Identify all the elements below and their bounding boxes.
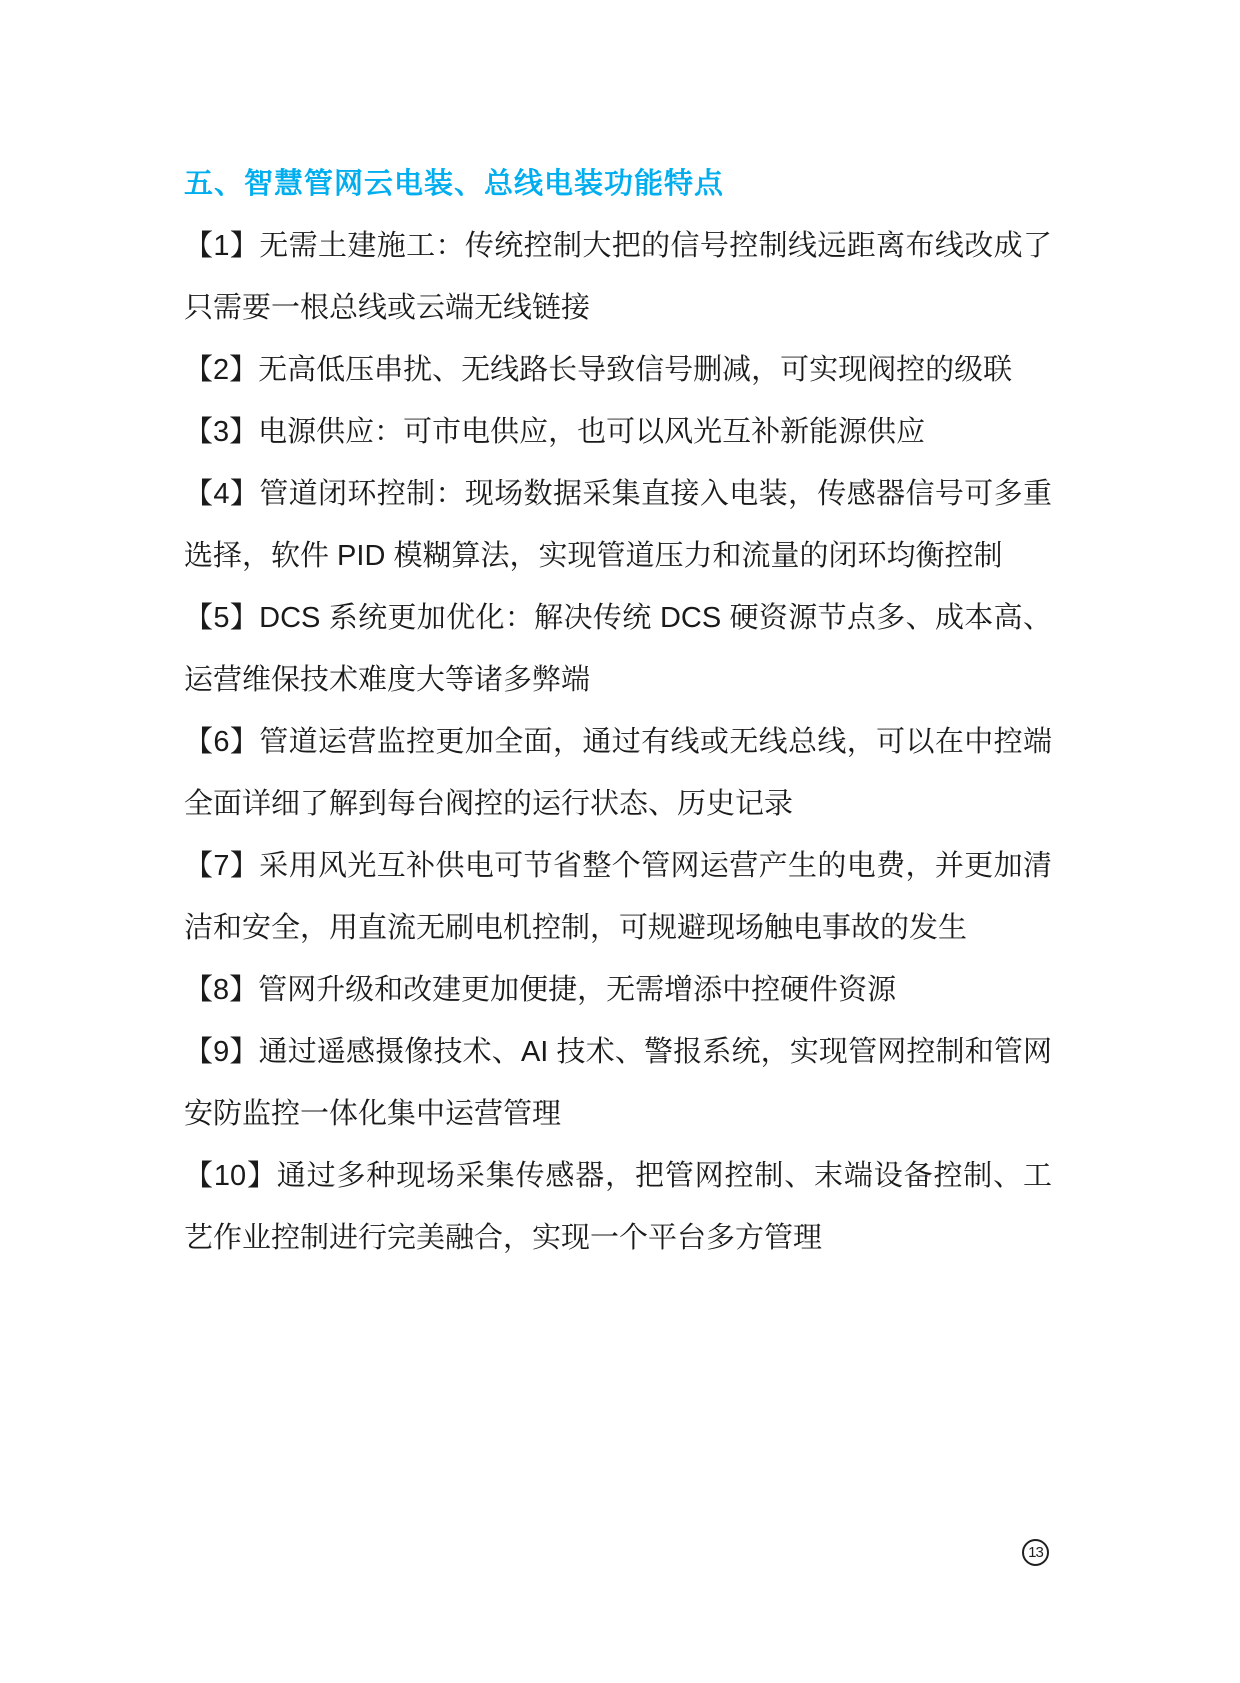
document-page: 五、智慧管网云电装、总线电装功能特点 【1】无需土建施工：传统控制大把的信号控制…: [0, 0, 1240, 1683]
feature-item-7: 【7】采用风光互补供电可节省整个管网运营产生的电费，并更加清洁和安全，用直流无刷…: [184, 835, 1052, 959]
section-heading: 五、智慧管网云电装、总线电装功能特点: [184, 153, 1052, 215]
feature-item-9: 【9】通过遥感摄像技术、AI 技术、警报系统，实现管网控制和管网安防监控一体化集…: [184, 1021, 1052, 1145]
feature-item-2: 【2】无高低压串扰、无线路长导致信号删减，可实现阀控的级联: [184, 339, 1052, 401]
feature-item-6: 【6】管道运营监控更加全面，通过有线或无线总线，可以在中控端全面详细了解到每台阀…: [184, 711, 1052, 835]
page-number: 13: [1028, 1545, 1043, 1560]
document-content: 五、智慧管网云电装、总线电装功能特点 【1】无需土建施工：传统控制大把的信号控制…: [184, 153, 1052, 1269]
feature-item-10: 【10】通过多种现场采集传感器，把管网控制、末端设备控制、工艺作业控制进行完美融…: [184, 1145, 1052, 1269]
page-number-badge: 13: [1022, 1539, 1049, 1566]
feature-item-1: 【1】无需土建施工：传统控制大把的信号控制线远距离布线改成了只需要一根总线或云端…: [184, 215, 1052, 339]
feature-item-8: 【8】管网升级和改建更加便捷，无需增添中控硬件资源: [184, 959, 1052, 1021]
feature-item-3: 【3】电源供应：可市电供应，也可以风光互补新能源供应: [184, 401, 1052, 463]
feature-item-4: 【4】管道闭环控制：现场数据采集直接入电装，传感器信号可多重选择，软件 PID …: [184, 463, 1052, 587]
feature-item-5: 【5】DCS 系统更加优化：解决传统 DCS 硬资源节点多、成本高、运营维保技术…: [184, 587, 1052, 711]
